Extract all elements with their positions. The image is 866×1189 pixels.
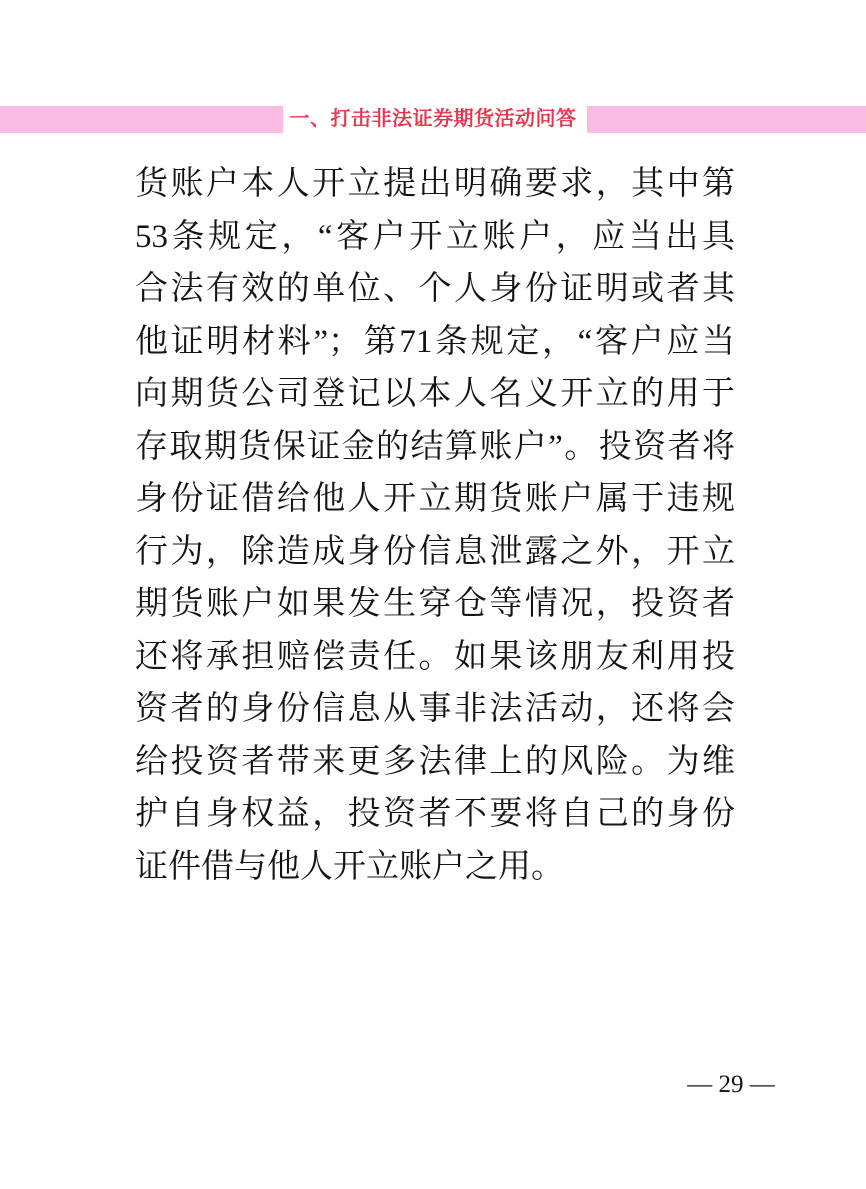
running-header: 一、打击非法证券期货活动问答 bbox=[0, 106, 866, 133]
body-text-line: 给投资者带来更多法律上的风险。为维 bbox=[135, 736, 735, 789]
body-text-line: 他证明材料”；第71条规定，“客户应当 bbox=[135, 316, 735, 369]
body-text-line: 还将承担赔偿责任。如果该朋友利用投 bbox=[135, 631, 735, 684]
body-text-line: 向期货公司登记以本人名义开立的用于 bbox=[135, 368, 735, 421]
body-text-line: 行为，除造成身份信息泄露之外，开立 bbox=[135, 526, 735, 579]
body-text: 货账户本人开立提出明确要求，其中第 53条规定，“客户开立账户，应当出具 合法有… bbox=[135, 158, 735, 893]
page-number: — 29 — bbox=[661, 1068, 801, 1102]
body-text-line: 53条规定，“客户开立账户，应当出具 bbox=[135, 211, 735, 264]
body-text-line: 资者的身份信息从事非法活动，还将会 bbox=[135, 683, 735, 736]
body-text-line: 存取期货保证金的结算账户”。投资者将 bbox=[135, 421, 735, 474]
document-page: 一、打击非法证券期货活动问答 货账户本人开立提出明确要求，其中第 53条规定，“… bbox=[0, 0, 866, 1189]
body-text-line: 证件借与他人开立账户之用。 bbox=[135, 841, 735, 894]
body-text-line: 合法有效的单位、个人身份证明或者其 bbox=[135, 263, 735, 316]
body-text-line: 期货账户如果发生穿仓等情况，投资者 bbox=[135, 578, 735, 631]
body-text-line: 护自身权益，投资者不要将自己的身份 bbox=[135, 788, 735, 841]
section-header-title: 一、打击非法证券期货活动问答 bbox=[0, 106, 866, 133]
body-text-line: 货账户本人开立提出明确要求，其中第 bbox=[135, 158, 735, 211]
body-text-line: 身份证借给他人开立期货账户属于违规 bbox=[135, 473, 735, 526]
